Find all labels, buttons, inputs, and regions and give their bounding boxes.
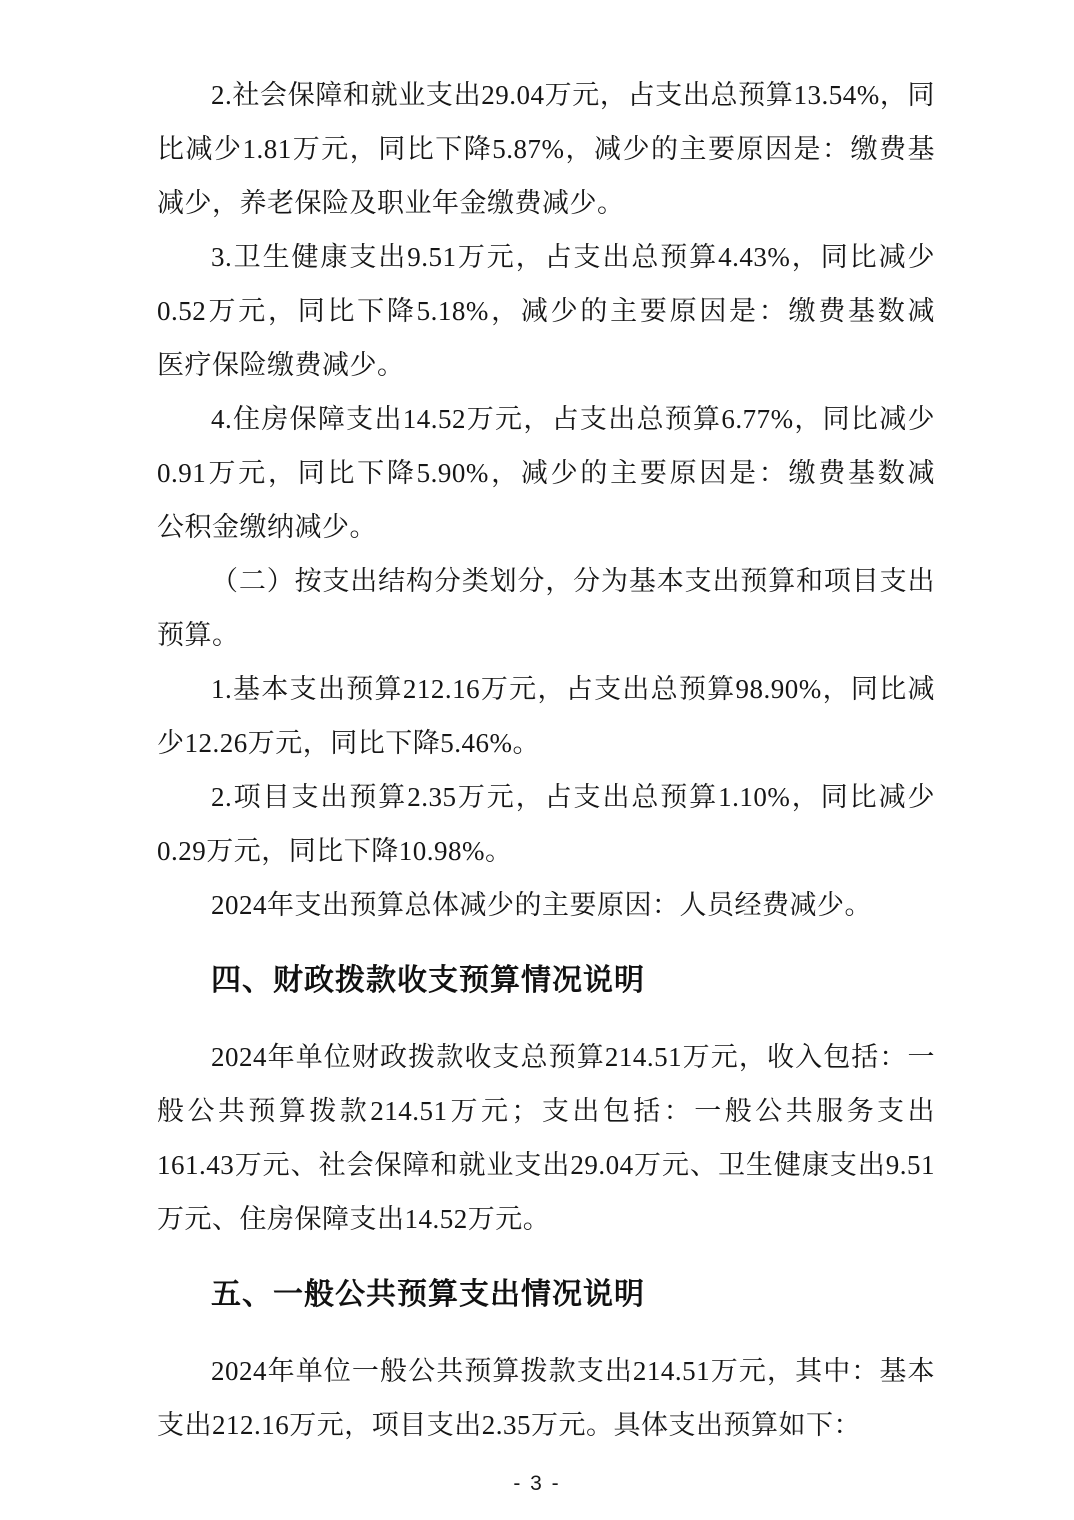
paragraph: 2.社会保障和就业支出29.04万元，占支出总预算13.54%，同比减少1.81… [157, 68, 935, 230]
paragraph: 2024年支出预算总体减少的主要原因：人员经费减少。 [157, 878, 935, 932]
paragraph: 2.项目支出预算2.35万元，占支出总预算1.10%，同比减少0.29万元，同比… [157, 770, 935, 878]
text-line: 万元、住房保障支出14.52万元。 [157, 1192, 935, 1246]
text-line: 4.住房保障支出14.52万元，占支出总预算6.77%，同比减少 [157, 392, 935, 446]
text-line: 2024年支出预算总体减少的主要原因：人员经费减少。 [157, 878, 935, 932]
text-line: 2.项目支出预算2.35万元，占支出总预算1.10%，同比减少 [157, 770, 935, 824]
text-line: 161.43万元、社会保障和就业支出29.04万元、卫生健康支出9.51 [157, 1138, 935, 1192]
page-number: - 3 - [513, 1472, 560, 1495]
text-line: （二）按支出结构分类划分，分为基本支出预算和项目支出 [157, 554, 935, 608]
text-line: 公积金缴纳减少。 [157, 500, 935, 554]
text-line: 2024年单位财政拨款收支总预算214.51万元，收入包括：一 [157, 1030, 935, 1084]
text-line: 3.卫生健康支出9.51万元，占支出总预算4.43%，同比减少 [157, 230, 935, 284]
text-line: 0.91万元，同比下降5.90%，减少的主要原因是：缴费基数减少， [157, 446, 935, 500]
text-line: 比减少1.81万元，同比下降5.87%，减少的主要原因是：缴费基数 [157, 122, 935, 176]
text-line: 支出212.16万元，项目支出2.35万元。具体支出预算如下： [157, 1398, 935, 1452]
paragraph: 4.住房保障支出14.52万元，占支出总预算6.77%，同比减少0.91万元，同… [157, 392, 935, 554]
text-line: 医疗保险缴费减少。 [157, 338, 935, 392]
text-line: 0.52万元，同比下降5.18%，减少的主要原因是：缴费基数减少， [157, 284, 935, 338]
text-line: 少12.26万元，同比下降5.46%。 [157, 716, 935, 770]
text-line: 1.基本支出预算212.16万元，占支出总预算98.90%，同比减 [157, 662, 935, 716]
text-line: 0.29万元，同比下降10.98%。 [157, 824, 935, 878]
section-heading: 五、一般公共预算支出情况说明 [211, 1268, 935, 1322]
page-footer: - 3 - [0, 1468, 1074, 1500]
text-line: 2024年单位一般公共预算拨款支出214.51万元，其中：基本 [157, 1344, 935, 1398]
text-line: 2.社会保障和就业支出29.04万元，占支出总预算13.54%，同 [157, 68, 935, 122]
section-heading: 四、财政拨款收支预算情况说明 [211, 954, 935, 1008]
paragraph: 1.基本支出预算212.16万元，占支出总预算98.90%，同比减少12.26万… [157, 662, 935, 770]
paragraph: 2024年单位财政拨款收支总预算214.51万元，收入包括：一般公共预算拨款21… [157, 1030, 935, 1246]
document-content: 2.社会保障和就业支出29.04万元，占支出总预算13.54%，同比减少1.81… [157, 68, 935, 1452]
paragraph: 2024年单位一般公共预算拨款支出214.51万元，其中：基本支出212.16万… [157, 1344, 935, 1452]
paragraph: （二）按支出结构分类划分，分为基本支出预算和项目支出预算。 [157, 554, 935, 662]
document-page: 2.社会保障和就业支出29.04万元，占支出总预算13.54%，同比减少1.81… [0, 0, 1074, 1520]
text-line: 减少，养老保险及职业年金缴费减少。 [157, 176, 935, 230]
paragraph: 3.卫生健康支出9.51万元，占支出总预算4.43%，同比减少0.52万元，同比… [157, 230, 935, 392]
text-line: 般公共预算拨款214.51万元；支出包括：一般公共服务支出 [157, 1084, 935, 1138]
text-line: 预算。 [157, 608, 935, 662]
